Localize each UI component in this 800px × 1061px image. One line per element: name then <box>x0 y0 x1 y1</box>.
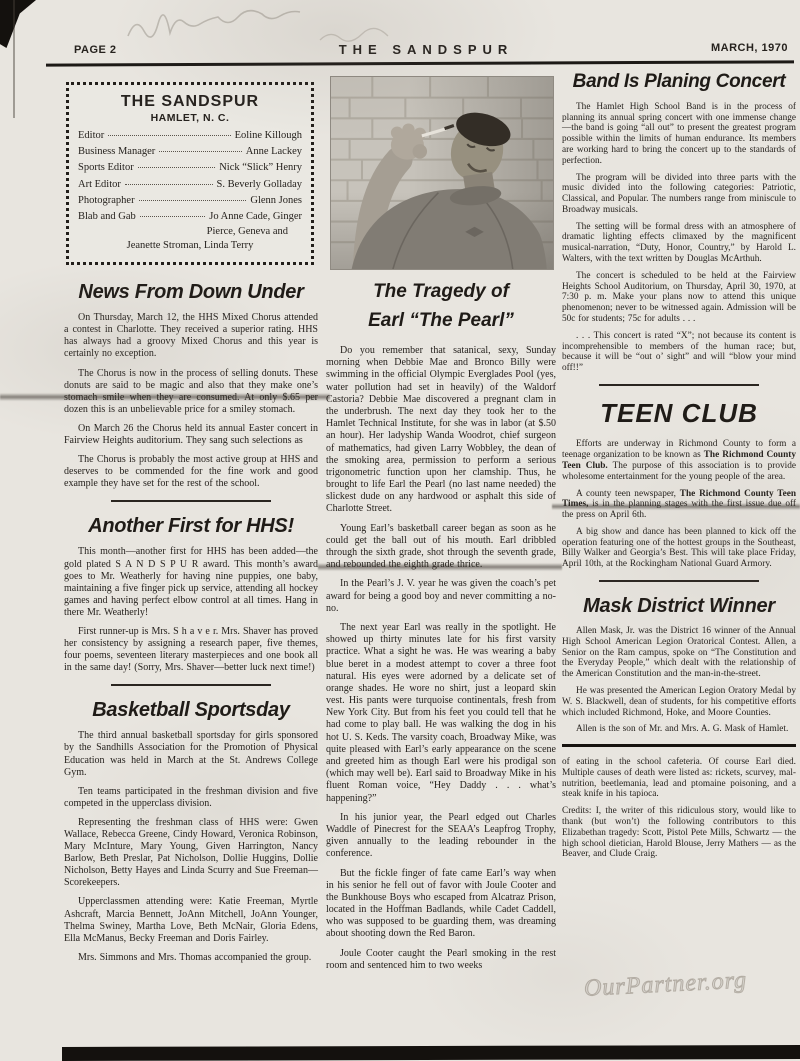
staff-role: Blab and Gab <box>78 211 136 224</box>
article-band-concert: Band Is Planing Concert The Hamlet High … <box>562 72 796 374</box>
article-headline: Band Is Planing Concert <box>562 72 796 93</box>
dotted-leader <box>125 184 213 185</box>
staff-role: Sports Editor <box>78 162 134 175</box>
middle-column: The Tragedy of Earl “The Pearl” Do you r… <box>326 66 556 979</box>
scan-streak <box>0 393 330 401</box>
article-paragraph: Allen is the son of Mr. and Mrs. A. G. M… <box>562 724 796 735</box>
article-paragraph: Efforts are underway in Richmond County … <box>562 439 796 482</box>
article-paragraph: Do you remember that satanical, sexy, Su… <box>326 345 556 516</box>
article-divider <box>111 684 271 686</box>
article-paragraph: This month—another first for HHS has bee… <box>64 546 318 619</box>
staff-row: Business Manager Anne Lackey <box>78 146 302 159</box>
article-headline: TEEN CLUB <box>562 399 796 428</box>
article-paragraph: Credits: I, the writer of this ridiculou… <box>562 806 796 860</box>
paragraph-text: A county teen newspaper, <box>576 489 680 499</box>
staff-role: Photographer <box>78 195 135 208</box>
article-paragraph: of eating in the school cafeteria. Of co… <box>562 757 796 800</box>
article-headline: Another First for HHS! <box>64 515 318 537</box>
headline-line-1: The Tragedy of <box>326 278 556 307</box>
staff-row: Blab and Gab Jo Anne Cade, Ginger <box>78 211 302 224</box>
dotted-leader <box>140 216 206 217</box>
article-another-first-for-hhs: Another First for HHS! This month—anothe… <box>64 515 318 674</box>
scan-corner-tear <box>0 0 36 48</box>
staff-name: Jo Anne Cade, Ginger <box>209 211 302 224</box>
archive-watermark: OurPartner.org <box>583 964 800 1002</box>
staff-name: Glenn Jones <box>250 195 302 208</box>
article-divider <box>111 500 271 502</box>
issue-date: MARCH, 1970 <box>711 42 788 54</box>
section-rule <box>562 744 796 747</box>
article-basketball-sportsday: Basketball Sportsday The third annual ba… <box>64 699 318 964</box>
scan-streak <box>318 563 562 571</box>
article-paragraph: The Hamlet High School Band is in the pr… <box>562 102 796 167</box>
scan-bottom-bar <box>62 1045 800 1061</box>
article-headline: Mask District Winner <box>562 595 796 617</box>
article-paragraph: Joule Cooter caught the Pearl smoking in… <box>326 948 556 972</box>
article-paragraph: The Chorus is now in the process of sell… <box>64 368 318 416</box>
article-paragraph: Mrs. Simmons and Mrs. Thomas accompanied… <box>64 952 318 964</box>
article-paragraph: The Chorus is probably the most active g… <box>64 454 318 490</box>
article-tragedy-of-earl: Do you remember that satanical, sexy, Su… <box>326 345 556 972</box>
pencil-scribble <box>120 6 460 50</box>
staff-row: Editor Eoline Killough <box>78 130 302 143</box>
article-paragraph: Ten teams participated in the freshman d… <box>64 786 318 810</box>
article-paragraph: First runner-up is Mrs. S h a v e r. Mrs… <box>64 626 318 674</box>
article-paragraph: Allen Mask, Jr. was the District 16 winn… <box>562 626 796 680</box>
article-paragraph: On Thursday, March 12, the HHS Mixed Cho… <box>64 312 318 360</box>
article-paragraph: The setting will be formal dress with an… <box>562 222 796 265</box>
photo-illustration <box>331 77 553 269</box>
article-paragraph: Representing the freshman class of HHS w… <box>64 817 318 890</box>
newspaper-page: PAGE 2 THE SANDSPUR MARCH, 1970 THE SAND… <box>0 0 800 1061</box>
article-paragraph: On March 26 the Chorus held its annual E… <box>64 423 318 447</box>
earl-pearl-photo <box>330 76 554 270</box>
staff-name: Eoline Killough <box>235 130 302 143</box>
masthead-box: THE SANDSPUR HAMLET, N. C. Editor Eoline… <box>66 82 314 265</box>
staff-name: Anne Lackey <box>246 146 302 159</box>
staff-row: Art Editor S. Beverly Golladay <box>78 179 302 192</box>
article-tragedy-continuation: of eating in the school cafeteria. Of co… <box>562 757 796 860</box>
dotted-leader <box>138 167 215 168</box>
article-paragraph: In his junior year, the Pearl edged out … <box>326 812 556 861</box>
article-paragraph: The next year Earl was really in the spo… <box>326 622 556 805</box>
article-teen-club: TEEN CLUB Efforts are underway in Richmo… <box>562 399 796 570</box>
article-paragraph: The program will be divided into three p… <box>562 173 796 216</box>
article-headline: Basketball Sportsday <box>64 699 318 721</box>
article-paragraph: The concert is scheduled to be held at t… <box>562 271 796 325</box>
staff-continuation: Jeanette Stroman, Linda Terry <box>78 240 302 253</box>
dotted-leader <box>139 200 247 201</box>
dotted-leader <box>159 151 241 152</box>
article-paragraph: He was presented the American Legion Ora… <box>562 686 796 718</box>
article-headline: The Tragedy of Earl “The Pearl” <box>326 278 556 335</box>
article-paragraph: The third annual basketball sportsday fo… <box>64 730 318 778</box>
article-paragraph: Upperclassmen attending were: Katie Free… <box>64 896 318 944</box>
article-headline: News From Down Under <box>64 281 318 303</box>
staff-role: Business Manager <box>78 146 155 159</box>
left-column: THE SANDSPUR HAMLET, N. C. Editor Eoline… <box>64 78 318 971</box>
scan-streak <box>552 503 800 510</box>
article-divider <box>599 384 759 386</box>
article-divider <box>599 580 759 582</box>
staff-name: Nick “Slick” Henry <box>219 162 302 175</box>
article-paragraph: In the Pearl’s J. V. year he was given t… <box>326 578 556 615</box>
scan-edge-line <box>13 0 15 118</box>
article-paragraph: But the fickle finger of fate came Earl’… <box>326 868 556 941</box>
dotted-leader <box>108 135 230 136</box>
staff-name: S. Beverly Golladay <box>217 179 302 192</box>
staff-row: Photographer Glenn Jones <box>78 195 302 208</box>
article-mask-district-winner: Mask District Winner Allen Mask, Jr. was… <box>562 595 796 735</box>
masthead-title: THE SANDSPUR <box>78 92 302 111</box>
article-news-from-down-under: News From Down Under On Thursday, March … <box>64 281 318 490</box>
right-column: Band Is Planing Concert The Hamlet High … <box>562 70 796 866</box>
staff-continuation: Pierce, Geneva and <box>78 226 302 239</box>
article-paragraph: A big show and dance has been planned to… <box>562 527 796 570</box>
headline-line-2: Earl “The Pearl” <box>326 307 556 336</box>
staff-row: Sports Editor Nick “Slick” Henry <box>78 162 302 175</box>
article-paragraph: . . . This concert is rated “X”; not bec… <box>562 331 796 374</box>
staff-role: Art Editor <box>78 179 121 192</box>
masthead-location: HAMLET, N. C. <box>78 112 302 125</box>
staff-role: Editor <box>78 130 104 143</box>
